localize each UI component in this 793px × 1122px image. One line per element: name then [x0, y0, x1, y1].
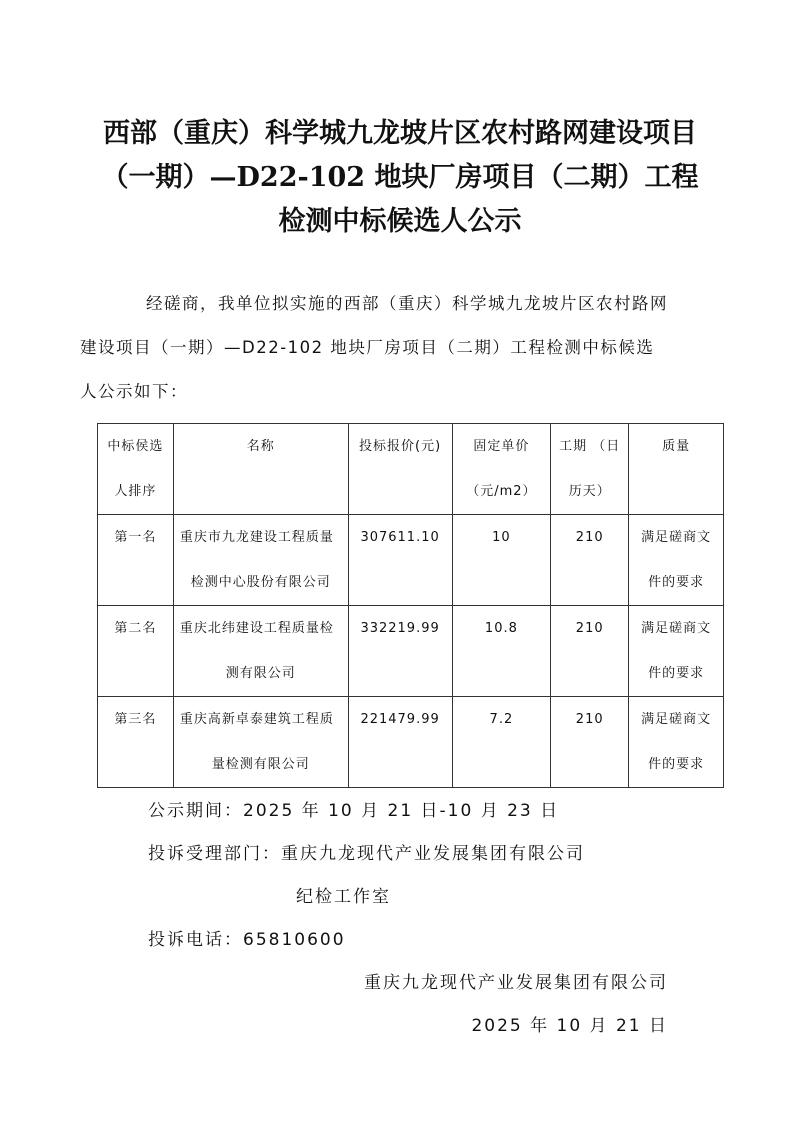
- complaint-department: 投诉受理部门：重庆九龙现代产业发展集团有限公司: [148, 833, 668, 876]
- header-quality: 质量: [629, 424, 724, 515]
- cell-duration: 210: [551, 606, 629, 697]
- table-header-row: 中标侯选 人排序 名称 投标报价(元) 固定单价 （元/m2） 工期 （日 历天…: [98, 424, 724, 515]
- table-row: 第二名 重庆北纬建设工程质量检 测有限公司 332219.99 10.8 210…: [98, 606, 724, 697]
- cell-rank: 第二名: [98, 606, 174, 697]
- cell-name: 重庆北纬建设工程质量检 测有限公司: [173, 606, 348, 697]
- cell-quality: 满足磋商文 件的要求: [629, 697, 724, 788]
- table-row: 第三名 重庆高新卓泰建筑工程质 量检测有限公司 221479.99 7.2 21…: [98, 697, 724, 788]
- issue-date: 2025 年 10 月 21 日: [148, 1005, 668, 1048]
- cell-unit-price: 10.8: [452, 606, 551, 697]
- cell-unit-price: 10: [452, 515, 551, 606]
- publicity-period: 公示期间：2025 年 10 月 21 日-10 月 23 日: [148, 790, 668, 833]
- cell-rank: 第三名: [98, 697, 174, 788]
- title-line-2: （一期）—D22-102 地块厂房项目（二期）工程: [60, 156, 740, 200]
- cell-quality: 满足磋商文 件的要求: [629, 515, 724, 606]
- header-duration: 工期 （日 历天）: [551, 424, 629, 515]
- title-line-3: 检测中标候选人公示: [60, 200, 740, 244]
- cell-unit-price: 7.2: [452, 697, 551, 788]
- cell-bid-price: 221479.99: [348, 697, 452, 788]
- cell-rank: 第一名: [98, 515, 174, 606]
- complaint-department-office: 纪检工作室: [148, 876, 668, 919]
- cell-duration: 210: [551, 515, 629, 606]
- header-bid-price: 投标报价(元): [348, 424, 452, 515]
- cell-bid-price: 307611.10: [348, 515, 452, 606]
- title-line-1: 西部（重庆）科学城九龙坡片区农村路网建设项目: [60, 112, 740, 156]
- document-title: 西部（重庆）科学城九龙坡片区农村路网建设项目 （一期）—D22-102 地块厂房…: [60, 112, 740, 244]
- intro-line-1: 经磋商，我单位拟实施的西部（重庆）科学城九龙坡片区农村路网: [80, 282, 720, 326]
- intro-paragraph: 经磋商，我单位拟实施的西部（重庆）科学城九龙坡片区农村路网 建设项目（一期）—D…: [80, 282, 720, 414]
- cell-quality: 满足磋商文 件的要求: [629, 606, 724, 697]
- complaint-phone: 投诉电话：65810600: [148, 919, 668, 962]
- candidates-table: 中标侯选 人排序 名称 投标报价(元) 固定单价 （元/m2） 工期 （日 历天…: [97, 423, 724, 788]
- cell-duration: 210: [551, 697, 629, 788]
- cell-bid-price: 332219.99: [348, 606, 452, 697]
- header-rank: 中标侯选 人排序: [98, 424, 174, 515]
- intro-line-3: 人公示如下：: [80, 370, 720, 414]
- header-name: 名称: [173, 424, 348, 515]
- notice-footer: 公示期间：2025 年 10 月 21 日-10 月 23 日 投诉受理部门：重…: [148, 790, 668, 1048]
- cell-name: 重庆高新卓泰建筑工程质 量检测有限公司: [173, 697, 348, 788]
- table-row: 第一名 重庆市九龙建设工程质量 检测中心股份有限公司 307611.10 10 …: [98, 515, 724, 606]
- issuer-name: 重庆九龙现代产业发展集团有限公司: [148, 962, 668, 1005]
- cell-name: 重庆市九龙建设工程质量 检测中心股份有限公司: [173, 515, 348, 606]
- intro-line-2: 建设项目（一期）—D22-102 地块厂房项目（二期）工程检测中标候选: [80, 326, 720, 370]
- header-unit-price: 固定单价 （元/m2）: [452, 424, 551, 515]
